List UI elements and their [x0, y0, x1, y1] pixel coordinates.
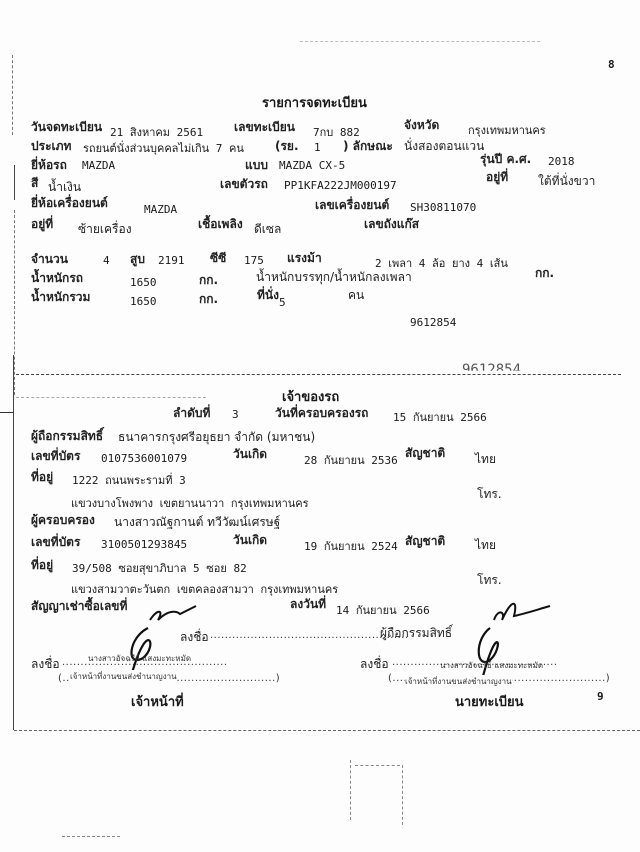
- holder-dob: 28 กันยายน 2536: [304, 451, 398, 469]
- possess-date: 15 กันยายน 2566: [393, 408, 487, 426]
- registration-title: รายการจดทะเบียน: [262, 92, 367, 113]
- page-number-top: 8: [608, 58, 615, 71]
- engine-number-label: เลขเครื่องยนต์: [315, 196, 389, 215]
- body-style: นั่งสองตอนแวน: [404, 137, 484, 156]
- seats-unit: คน: [348, 286, 364, 305]
- scan-artifact: [402, 765, 403, 825]
- brand: MAZDA: [82, 159, 115, 172]
- engine-location-label: อยู่ที่: [31, 215, 53, 234]
- horsepower: 175: [244, 254, 264, 267]
- ry-number: 1: [314, 141, 321, 154]
- holder-tel-label: โทร.: [477, 485, 502, 504]
- margin-mark: [12, 55, 13, 135]
- order-number: 3: [232, 408, 239, 421]
- cylinders-label: จำนวน: [31, 250, 68, 269]
- year-label: รุ่นปี ค.ศ.: [480, 150, 531, 169]
- engine-brand: MAZDA: [144, 203, 177, 216]
- engine-cc: 2191: [158, 254, 185, 267]
- registrar-position: เจ้าหน้าที่งานขนส่งชำนาญงาน: [405, 675, 512, 688]
- possessor-nationality: ไทย: [475, 536, 496, 555]
- engine-number: SH30811070: [410, 201, 476, 214]
- plate-label: เลขทะเบียน: [234, 118, 295, 137]
- seats-label: ที่นั่ง: [257, 286, 279, 305]
- cc-label: ซีซี: [210, 249, 226, 268]
- sign-label-officer: ลงชื่อ: [31, 655, 60, 674]
- holder-name: ธนาคารกรุงศรีอยุธยา จำกัด (มหาชน): [118, 428, 315, 447]
- province-label: จังหวัด: [404, 116, 439, 135]
- officer-name: นางสาวอัจฉรีย์ แสงมะทะหมัด: [88, 652, 191, 665]
- holder-nationality-label: สัญชาติ: [405, 444, 445, 463]
- weight-unit: กก.: [199, 271, 218, 290]
- registrar-role: นายทะเบียน: [455, 691, 524, 712]
- contract-date-label: ลงวันที่: [290, 595, 326, 614]
- sign-label-registrar: ลงชื่อ: [360, 655, 389, 674]
- holder-address-line2: แขวงบางโพงพาง เขตยานนาวา กรุงเทพมหานคร: [71, 494, 309, 512]
- possessor-address-line1: 39/508 ซอยสุขาภิบาล 5 ซอย 82: [72, 559, 247, 577]
- model: MAZDA CX-5: [279, 159, 345, 172]
- scan-artifact: [62, 836, 120, 837]
- fuel: ดีเซล: [254, 220, 281, 239]
- vehicle-type: รถยนต์นั่งส่วนบุคคลไม่เกิน 7 คน: [83, 139, 244, 157]
- engine-location: ซ้ายเครื่อง: [78, 220, 132, 239]
- gross-weight-unit: กก.: [199, 290, 218, 309]
- possessor-dob: 19 กันยายน 2524: [304, 537, 398, 555]
- page-number-bottom: 9: [597, 690, 604, 703]
- holder-sign-role: ผู้ถือกรรมสิทธิ์: [380, 624, 452, 643]
- faint-document-number: 9612854: [462, 362, 521, 378]
- possessor-tel-label: โทร.: [477, 571, 502, 590]
- possessor-name: นางสาวณัฐกานต์ ทวีวัฒน์เศรษฐ์: [114, 513, 280, 532]
- reg-date-label: วันจดทะเบียน: [31, 118, 102, 137]
- contract-date: 14 กันยายน 2566: [336, 601, 430, 619]
- style-label: ) ลักษณะ: [343, 137, 393, 156]
- scan-artifact: [355, 765, 400, 766]
- margin-mark: [14, 210, 15, 395]
- engine-brand-label: ยี่ห้อเครื่องยนต์: [31, 194, 108, 213]
- registrar-name: นางสาวอัจฉรีย์ แสงมะทะหมัด: [440, 659, 543, 672]
- holder-id: 0107536001079: [101, 452, 187, 465]
- holder-address-label: ที่อยู่: [31, 468, 53, 487]
- gross-weight-label: น้ำหนักรวม: [31, 288, 90, 307]
- load-unit: กก.: [535, 264, 554, 283]
- vin: PP1KFA222JM000197: [284, 179, 397, 192]
- holder-label: ผู้ถือกรรมสิทธิ์: [31, 427, 103, 446]
- sign-label-holder: ลงชื่อ: [180, 628, 209, 647]
- holder-nationality: ไทย: [475, 450, 496, 469]
- gross-weight: 1650: [130, 295, 157, 308]
- gas-tank-label: เลขถังแก๊ส: [364, 215, 419, 234]
- model-label: แบบ: [245, 156, 268, 175]
- vin-location: ใต้ที่นั่งขวา: [538, 172, 595, 191]
- vin-location-label: อยู่ที่: [486, 168, 508, 187]
- holder-dob-label: วันเกิด: [233, 445, 267, 464]
- contract-label: สัญญาเช่าซื้อเลขที่: [31, 597, 127, 616]
- possessor-id-label: เลขที่บัตร: [31, 533, 80, 552]
- vin-label: เลขตัวรถ: [220, 175, 268, 194]
- sign-line-holder: ........................................…: [210, 630, 409, 641]
- color-label: สี: [31, 174, 38, 193]
- seats: 5: [279, 296, 286, 309]
- possess-date-label: วันที่ครอบครองรถ: [275, 404, 368, 423]
- cylinders: 4: [103, 254, 110, 267]
- model-year: 2018: [548, 155, 575, 168]
- possessor-id: 3100501293845: [101, 538, 187, 551]
- bottom-border: [14, 730, 640, 731]
- holder-id-label: เลขที่บัตร: [31, 447, 80, 466]
- scan-artifact: [350, 760, 351, 820]
- possessor-nationality-label: สัญชาติ: [405, 532, 445, 551]
- holder-address-line1: 1222 ถนนพระรามที่ 3: [72, 471, 186, 489]
- officer-role: เจ้าหน้าที่: [131, 691, 184, 712]
- top-scan-line: [300, 41, 540, 42]
- possessor-address-label: ที่อยู่: [31, 556, 53, 575]
- fuel-label: เชื้อเพลิง: [198, 215, 243, 234]
- weight-label: น้ำหนักรถ: [31, 269, 83, 288]
- vehicle-weight: 1650: [130, 276, 157, 289]
- type-label: ประเภท: [31, 137, 71, 156]
- margin-tick: [0, 412, 14, 413]
- possessor-dob-label: วันเกิด: [233, 531, 267, 550]
- brand-label: ยี่ห้อรถ: [31, 156, 67, 175]
- document-number: 9612854: [410, 316, 456, 329]
- cylinders-unit: สูบ: [130, 250, 145, 269]
- load-label: น้ำหนักบรรทุก/น้ำหนักลงเพลา: [256, 268, 412, 287]
- ry-label: (รย.: [275, 137, 299, 156]
- scan-line: [16, 397, 206, 398]
- officer-position: เจ้าหน้าที่งานขนส่งชำนาญงาน: [70, 670, 177, 683]
- margin-mark: [14, 165, 15, 200]
- order-label: ลำดับที่: [173, 404, 210, 423]
- hp-label: แรงม้า: [287, 249, 322, 268]
- section-divider: [16, 374, 621, 375]
- possessor-label: ผู้ครอบครอง: [31, 511, 95, 530]
